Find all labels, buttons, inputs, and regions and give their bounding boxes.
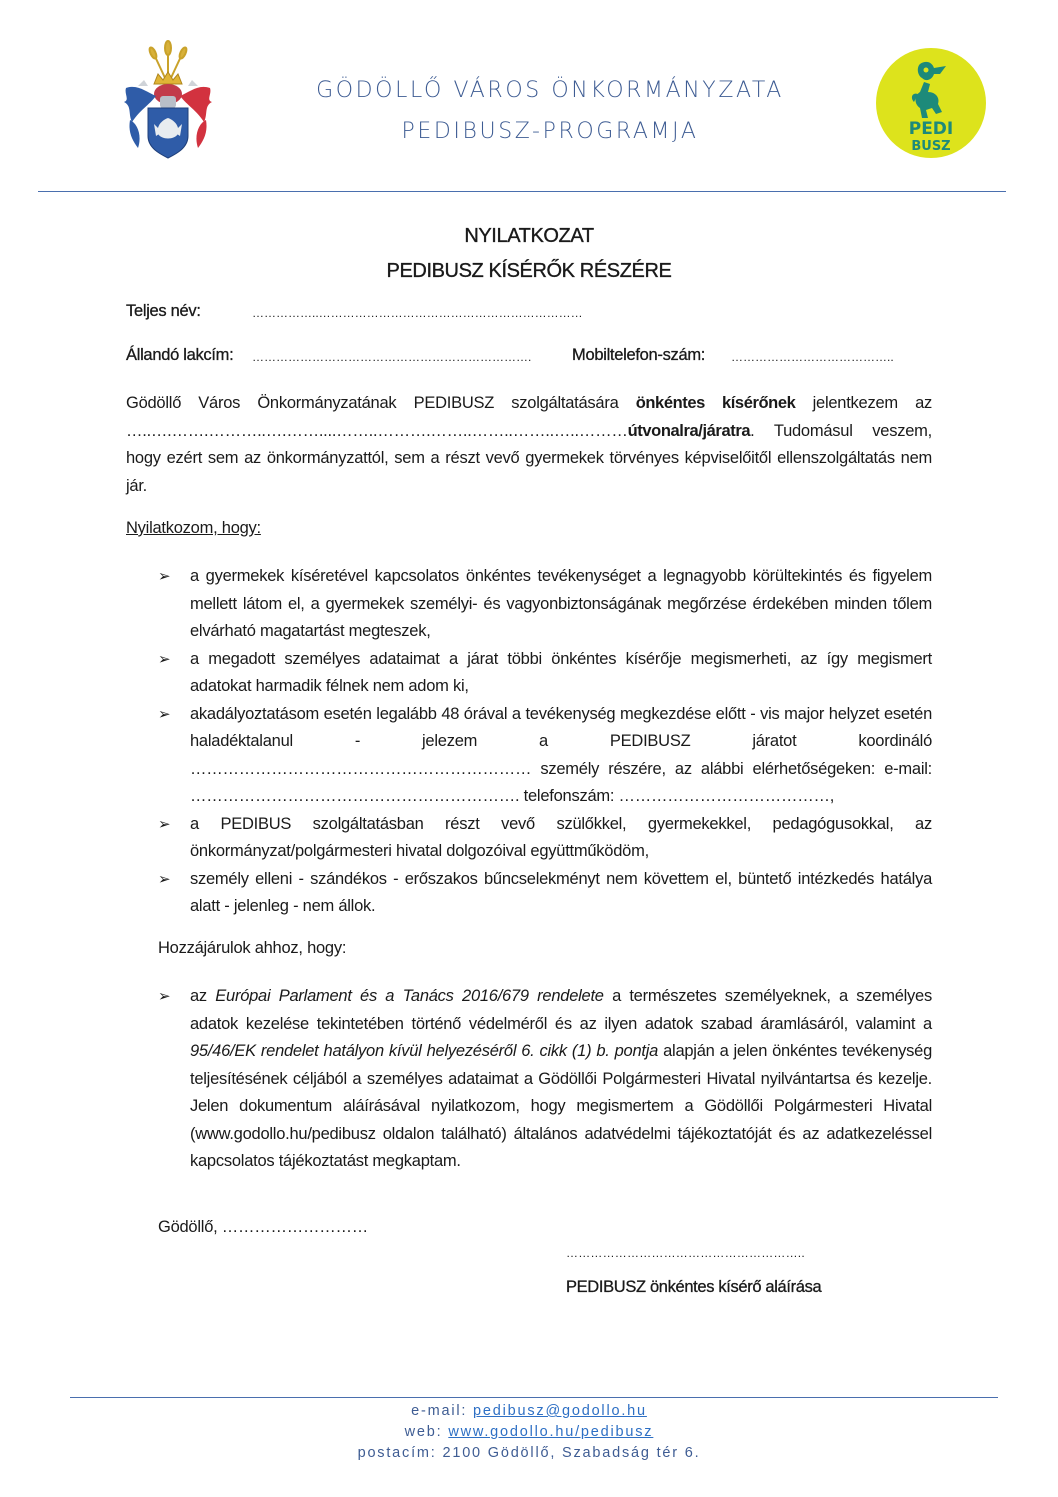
- list-item: ➢a gyermekek kíséretével kapcsolatos önk…: [158, 563, 932, 646]
- declare-heading: Nyilatkozom, hogy:: [126, 519, 261, 538]
- header-title-line2: PEDIBUSZ-PROGRAMJA: [200, 119, 900, 144]
- arrow-bullet-icon: ➢: [158, 646, 170, 674]
- web-link[interactable]: www.godollo.hu/pedibusz: [448, 1424, 653, 1440]
- intro-paragraph: Gödöllő Város Önkormányzatának PEDIBUSZ …: [126, 390, 932, 500]
- list-item: ➢a megadott személyes adataimat a járat …: [158, 646, 932, 701]
- arrow-bullet-icon: ➢: [158, 811, 170, 839]
- place-date-field[interactable]: Gödöllő, ………………………: [158, 1218, 368, 1237]
- footer-email: e-mail: pedibusz@godollo.hu: [0, 1403, 1058, 1419]
- list-item: ➢személy elleni - szándékos - erőszakos …: [158, 866, 932, 921]
- address-label: Állandó lakcím:: [126, 346, 233, 365]
- arrow-bullet-icon: ➢: [158, 983, 170, 1011]
- svg-text:PEDI: PEDI: [909, 119, 954, 139]
- full-name-label: Teljes név:: [126, 302, 201, 321]
- header-title-line1: GÖDÖLLŐ VÁROS ÖNKORMÁNYZATA: [200, 78, 900, 103]
- document-subtitle: PEDIBUSZ KÍSÉRŐK RÉSZÉRE: [0, 260, 1058, 283]
- declaration-list: ➢a gyermekek kíséretével kapcsolatos önk…: [158, 563, 932, 921]
- signature-line[interactable]: …………………………………………………..: [566, 1246, 805, 1260]
- consent-heading: Hozzájárulok ahhoz, hogy:: [158, 939, 346, 958]
- arrow-bullet-icon: ➢: [158, 701, 170, 729]
- list-item: ➢az Európai Parlament és a Tanács 2016/6…: [158, 983, 932, 1176]
- address-field[interactable]: …………………………………………………………….: [252, 350, 531, 364]
- email-link[interactable]: pedibusz@godollo.hu: [473, 1403, 647, 1419]
- arrow-bullet-icon: ➢: [158, 563, 170, 591]
- pelican-mascot-icon: PEDI BUSZ: [876, 48, 986, 158]
- footer-divider: [70, 1397, 998, 1398]
- header-divider: [38, 191, 1006, 192]
- footer-address: postacím: 2100 Gödöllő, Szabadság tér 6.: [0, 1445, 1058, 1461]
- list-item: ➢a PEDIBUS szolgáltatásban részt vevő sz…: [158, 811, 932, 866]
- svg-text:BUSZ: BUSZ: [911, 139, 950, 154]
- consent-list: ➢az Európai Parlament és a Tanács 2016/6…: [158, 983, 932, 1176]
- route-emphasis: útvonalra/járatra: [628, 422, 751, 440]
- list-item: ➢akadályoztatásom esetén legalább 48 órá…: [158, 701, 932, 811]
- pedibusz-logo: PEDI BUSZ: [876, 48, 986, 158]
- arrow-bullet-icon: ➢: [158, 866, 170, 894]
- document-title: NYILATKOZAT: [0, 225, 1058, 248]
- full-name-field[interactable]: ……………..…………………………………………………………: [252, 306, 583, 320]
- volunteer-emphasis: önkéntes kísérőnek: [636, 394, 796, 412]
- phone-label: Mobiltelefon-szám:: [572, 346, 705, 365]
- signature-label: PEDIBUSZ önkéntes kísérő aláírása: [566, 1278, 821, 1297]
- phone-field[interactable]: …………………………………..: [731, 350, 894, 364]
- footer-web: web: www.godollo.hu/pedibusz: [0, 1424, 1058, 1440]
